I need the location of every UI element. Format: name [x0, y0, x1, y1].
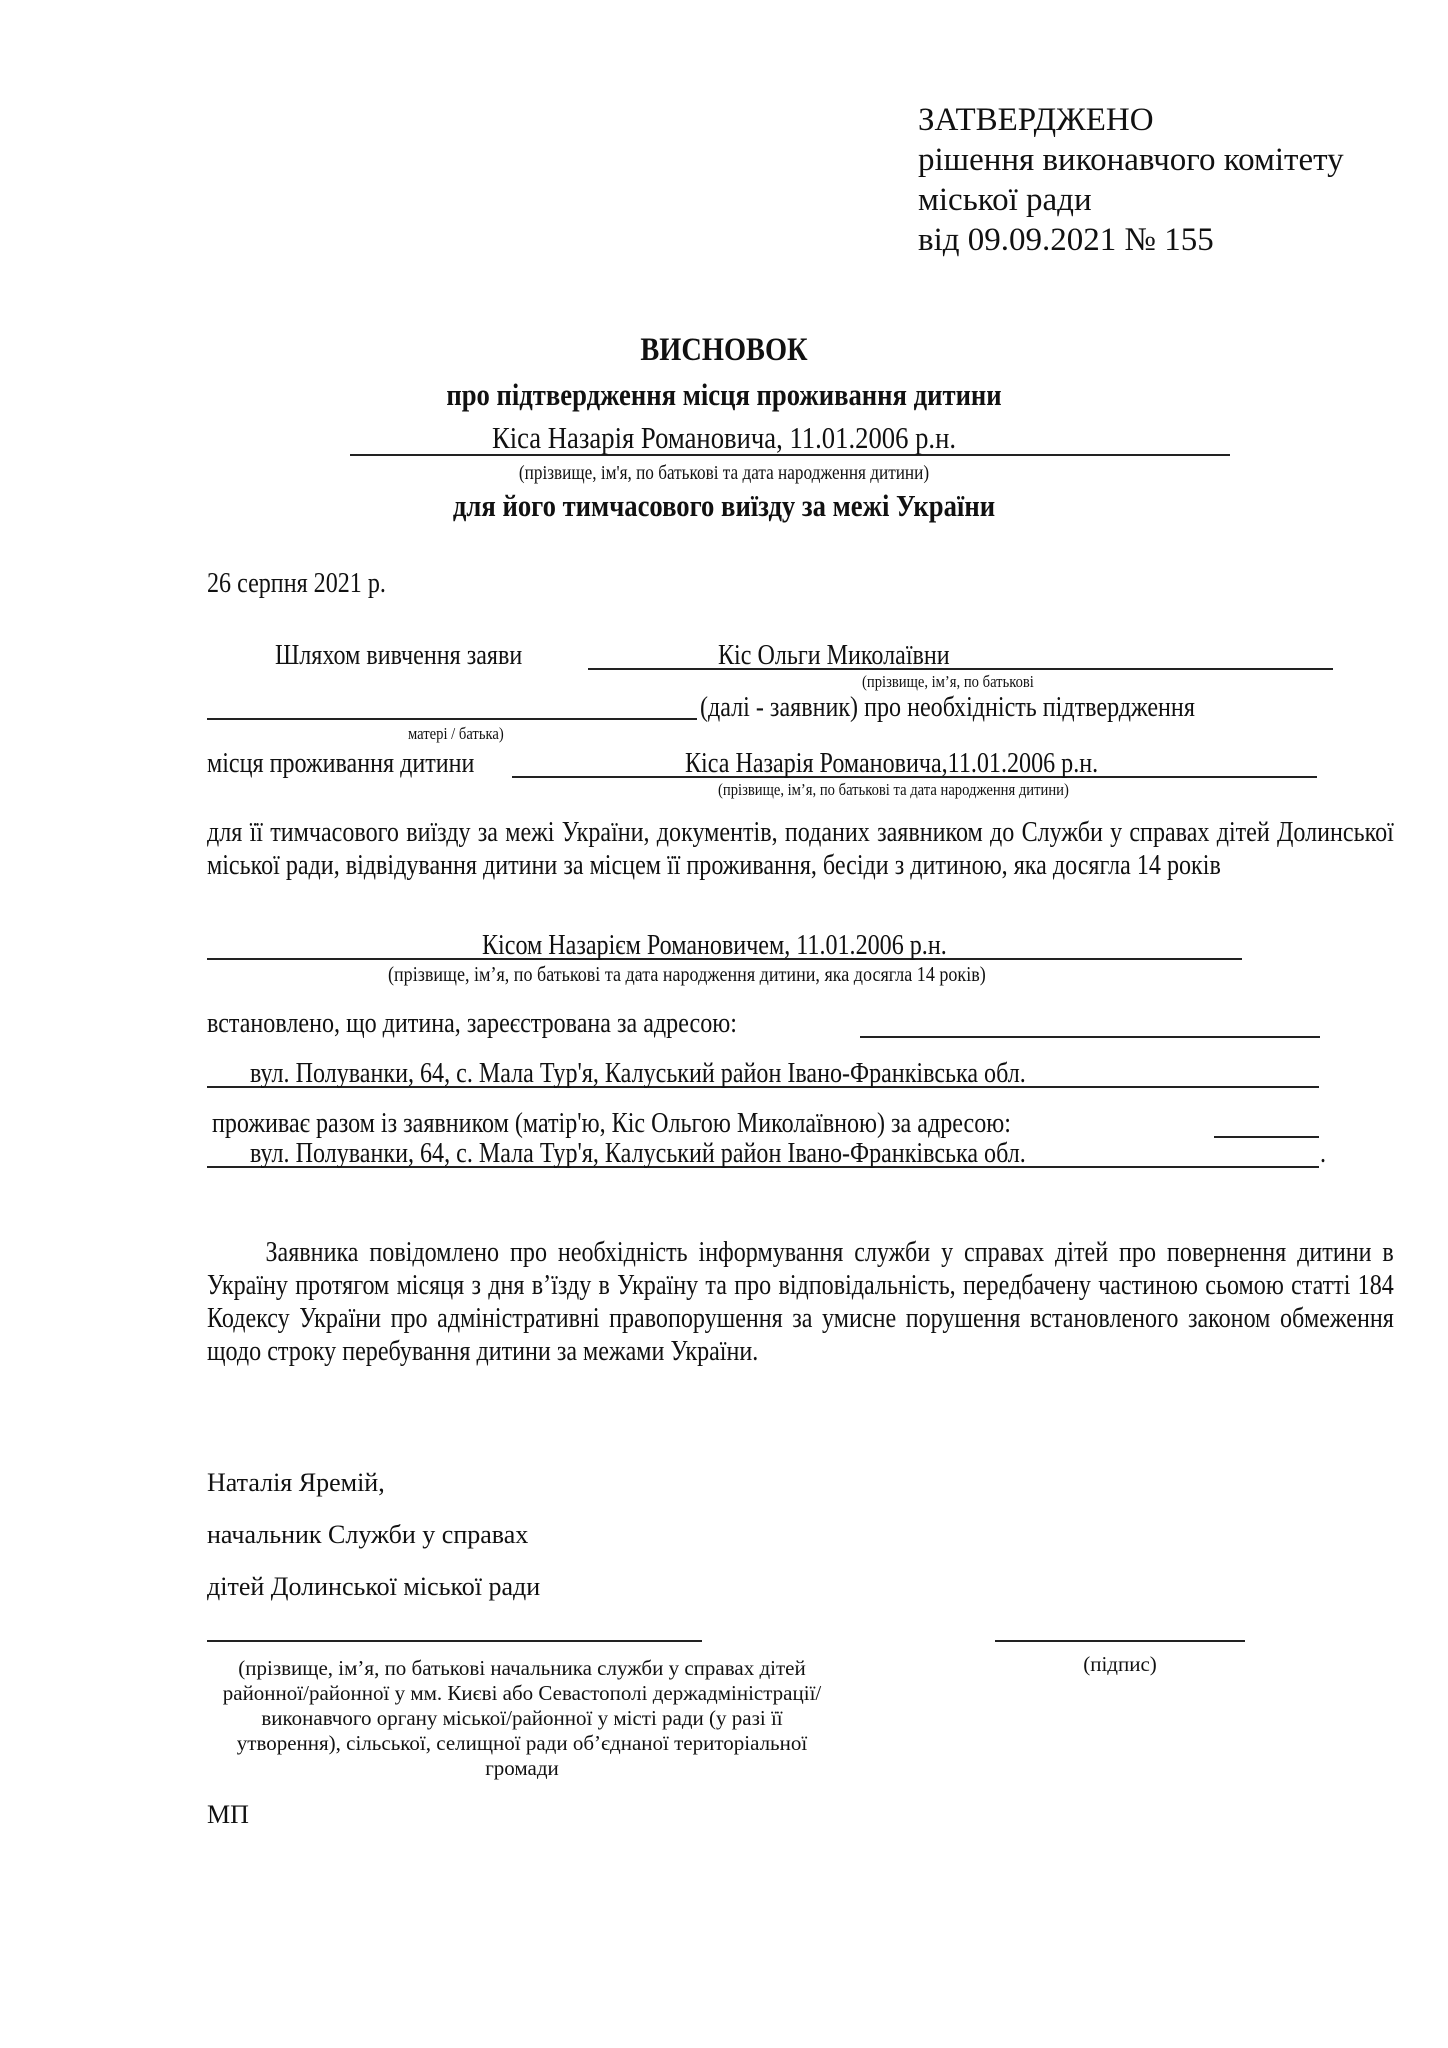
- signature-caption: (підпис): [995, 1652, 1245, 1677]
- document-date: 26 серпня 2021 р.: [207, 568, 386, 600]
- child-name-2: Кіса Назарія Романовича,11.01.2006 р.н.: [685, 748, 1098, 780]
- applicant-label: Шляхом вивчення заяви: [275, 640, 522, 672]
- applicant-caption-2: матері / батька): [408, 724, 504, 744]
- document-title: ВИСНОВОК: [101, 332, 1346, 369]
- signatory-position-2: дітей Долинської міської ради: [207, 1572, 540, 1602]
- registered-address: вул. Полуванки, 64, с. Мала Тур'я, Калус…: [250, 1058, 1026, 1090]
- basis-paragraph: для її тимчасового виїзду за межі Україн…: [207, 816, 1394, 882]
- living-label: проживає разом із заявником (матір'ю, Кі…: [212, 1108, 1011, 1140]
- applicant-name: Кіс Ольги Миколаївни: [718, 640, 950, 672]
- applicant-underline: [588, 668, 1333, 670]
- approval-date: від 09.09.2021 № 155: [918, 220, 1344, 260]
- child-name-caption: (прізвище, ім'я, по батькові та дата нар…: [101, 462, 1346, 485]
- child-name-3-caption: (прізвище, ім’я, по батькові та дата нар…: [388, 962, 986, 987]
- name-signature-line: [207, 1640, 702, 1642]
- stamp-placeholder: МП: [207, 1800, 249, 1830]
- document-subtitle-2: для його тимчасового виїзду за межі Укра…: [101, 488, 1346, 524]
- registered-label: встановлено, що дитина, зареєстрована за…: [207, 1008, 737, 1040]
- residence-label: місця проживання дитини: [207, 748, 474, 780]
- document-subtitle: про підтвердження місця проживання дитин…: [101, 377, 1346, 413]
- living-underline: [1214, 1136, 1319, 1138]
- approval-line: міської ради: [918, 180, 1344, 220]
- living-address-end: .: [1320, 1138, 1326, 1170]
- signatory-name: Наталія Яремій,: [207, 1468, 385, 1498]
- child-name-3: Кісом Назарієм Романовичем, 11.01.2006 р…: [482, 930, 947, 962]
- signature-line: [995, 1640, 1245, 1642]
- child-name: Кіса Назарія Романовича, 11.01.2006 р.н.: [101, 420, 1346, 456]
- notice-paragraph: Заявника повідомлено про необхідність ін…: [207, 1236, 1394, 1368]
- living-address: вул. Полуванки, 64, с. Мала Тур'я, Калус…: [250, 1138, 1026, 1170]
- child-name-2-caption: (прізвище, ім’я, по батькові та дата нар…: [718, 780, 1069, 800]
- approval-block: ЗАТВЕРДЖЕНО рішення виконавчого комітету…: [918, 100, 1344, 260]
- approval-line: рішення виконавчого комітету: [918, 140, 1344, 180]
- applicant-underline-2: [207, 718, 697, 720]
- approval-heading: ЗАТВЕРДЖЕНО: [918, 100, 1344, 140]
- applicant-suffix: (далі - заявник) про необхідність підтве…: [700, 692, 1195, 724]
- applicant-caption: (прізвище, ім’я, по батькові: [862, 672, 1034, 692]
- registered-underline: [860, 1036, 1320, 1038]
- signatory-caption: (прізвище, ім’я, по батькові начальника …: [207, 1656, 837, 1781]
- signatory-position: начальник Служби у справах: [207, 1520, 528, 1550]
